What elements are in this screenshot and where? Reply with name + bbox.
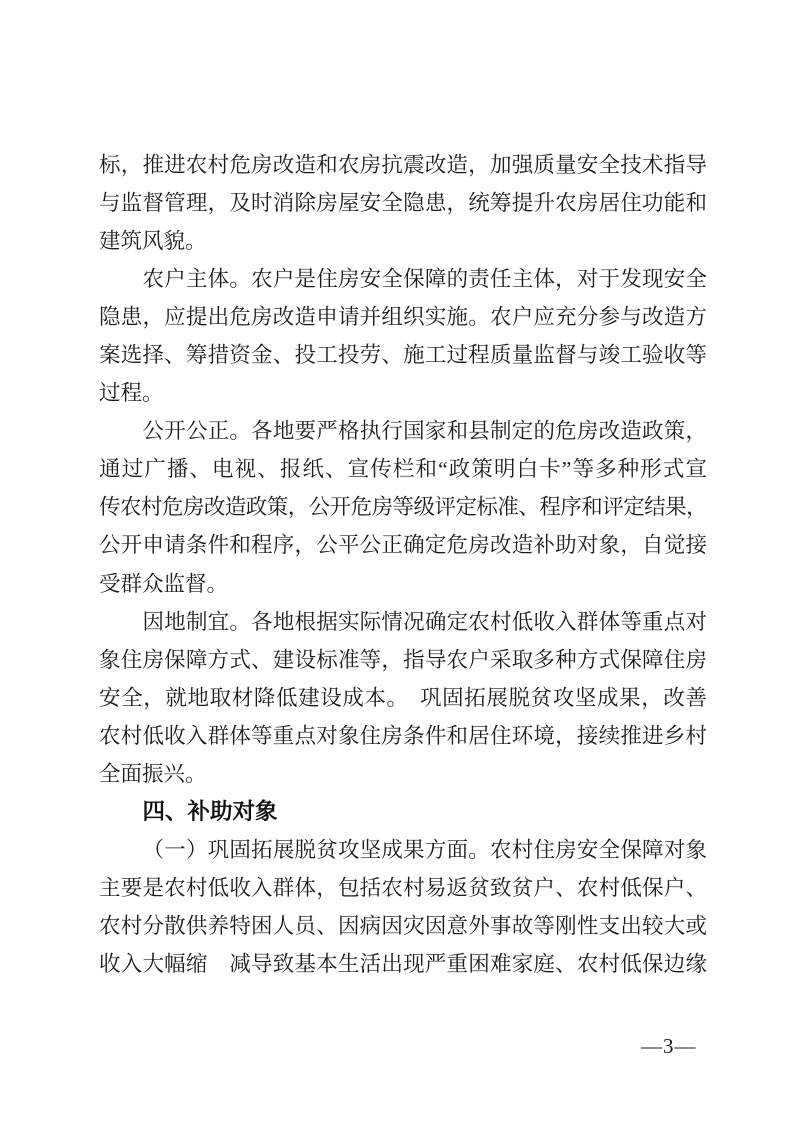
text-line: 象住房保障方式、建设标准等，指导农户采取多种方式保障住房 (99, 641, 707, 679)
section-heading: 四、补助对象 (99, 793, 707, 831)
paragraph: 标，推进农村危房改造和农房抗震改造，加强质量安全技术指导 与监督管理，及时消除房… (99, 146, 707, 260)
text-line: 收入大幅缩 减导致基本生活出现严重困难家庭、农村低保边缘 (99, 945, 707, 983)
text-line: 因地制宜。各地根据实际情况确定农村低收入群体等重点对 (99, 603, 707, 641)
text-line: 主要是农村低收入群体，包括农村易返贫致贫户、农村低保户、 (99, 869, 707, 907)
text-line: 安全，就地取材降低建设成本。 巩固拓展脱贫攻坚成果，改善 (99, 679, 707, 717)
document-page: 标，推进农村危房改造和农房抗震改造，加强质量安全技术指导 与监督管理，及时消除房… (0, 0, 793, 1122)
section-heading-block: 四、补助对象 (99, 793, 707, 831)
text-line: 全面振兴。 (99, 755, 707, 793)
text-line: 通过广播、电视、报纸、宣传栏和“政策明白卡”等多种形式宣 (99, 450, 707, 488)
text-line: 农村分散供养特困人员、因病因灾因意外事故等刚性支出较大或 (99, 907, 707, 945)
text-line: 过程。 (99, 374, 707, 412)
text-line: 受群众监督。 (99, 565, 707, 603)
paragraph: 农户主体。农户是住房安全保障的责任主体，对于发现安全 隐患，应提出危房改造申请并… (99, 260, 707, 412)
page-number: —3— (641, 1034, 697, 1058)
text-line: 隐患，应提出危房改造申请并组织实施。农户应充分参与改造方 (99, 298, 707, 336)
text-line: 标，推进农村危房改造和农房抗震改造，加强质量安全技术指导 (99, 146, 707, 184)
text-line: 农村低收入群体等重点对象住房条件和居住环境，接续推进乡村 (99, 717, 707, 755)
text-line: 与监督管理，及时消除房屋安全隐患，统筹提升农房居住功能和 (99, 184, 707, 222)
text-line: 案选择、筹措资金、投工投劳、施工过程质量监督与竣工验收等 (99, 336, 707, 374)
text-line: （一）巩固拓展脱贫攻坚成果方面。农村住房安全保障对象 (99, 831, 707, 869)
paragraph: （一）巩固拓展脱贫攻坚成果方面。农村住房安全保障对象 主要是农村低收入群体，包括… (99, 831, 707, 983)
text-line: 农户主体。农户是住房安全保障的责任主体，对于发现安全 (99, 260, 707, 298)
document-body: 标，推进农村危房改造和农房抗震改造，加强质量安全技术指导 与监督管理，及时消除房… (99, 146, 707, 983)
text-line: 公开公正。各地要严格执行国家和县制定的危房改造政策， (99, 412, 707, 450)
text-line: 建筑风貌。 (99, 222, 707, 260)
text-line: 公开申请条件和程序，公平公正确定危房改造补助对象，自觉接 (99, 526, 707, 564)
text-line: 传农村危房改造政策，公开危房等级评定标准、程序和评定结果， (99, 488, 707, 526)
paragraph: 公开公正。各地要严格执行国家和县制定的危房改造政策， 通过广播、电视、报纸、宣传… (99, 412, 707, 602)
paragraph: 因地制宜。各地根据实际情况确定农村低收入群体等重点对 象住房保障方式、建设标准等… (99, 603, 707, 793)
